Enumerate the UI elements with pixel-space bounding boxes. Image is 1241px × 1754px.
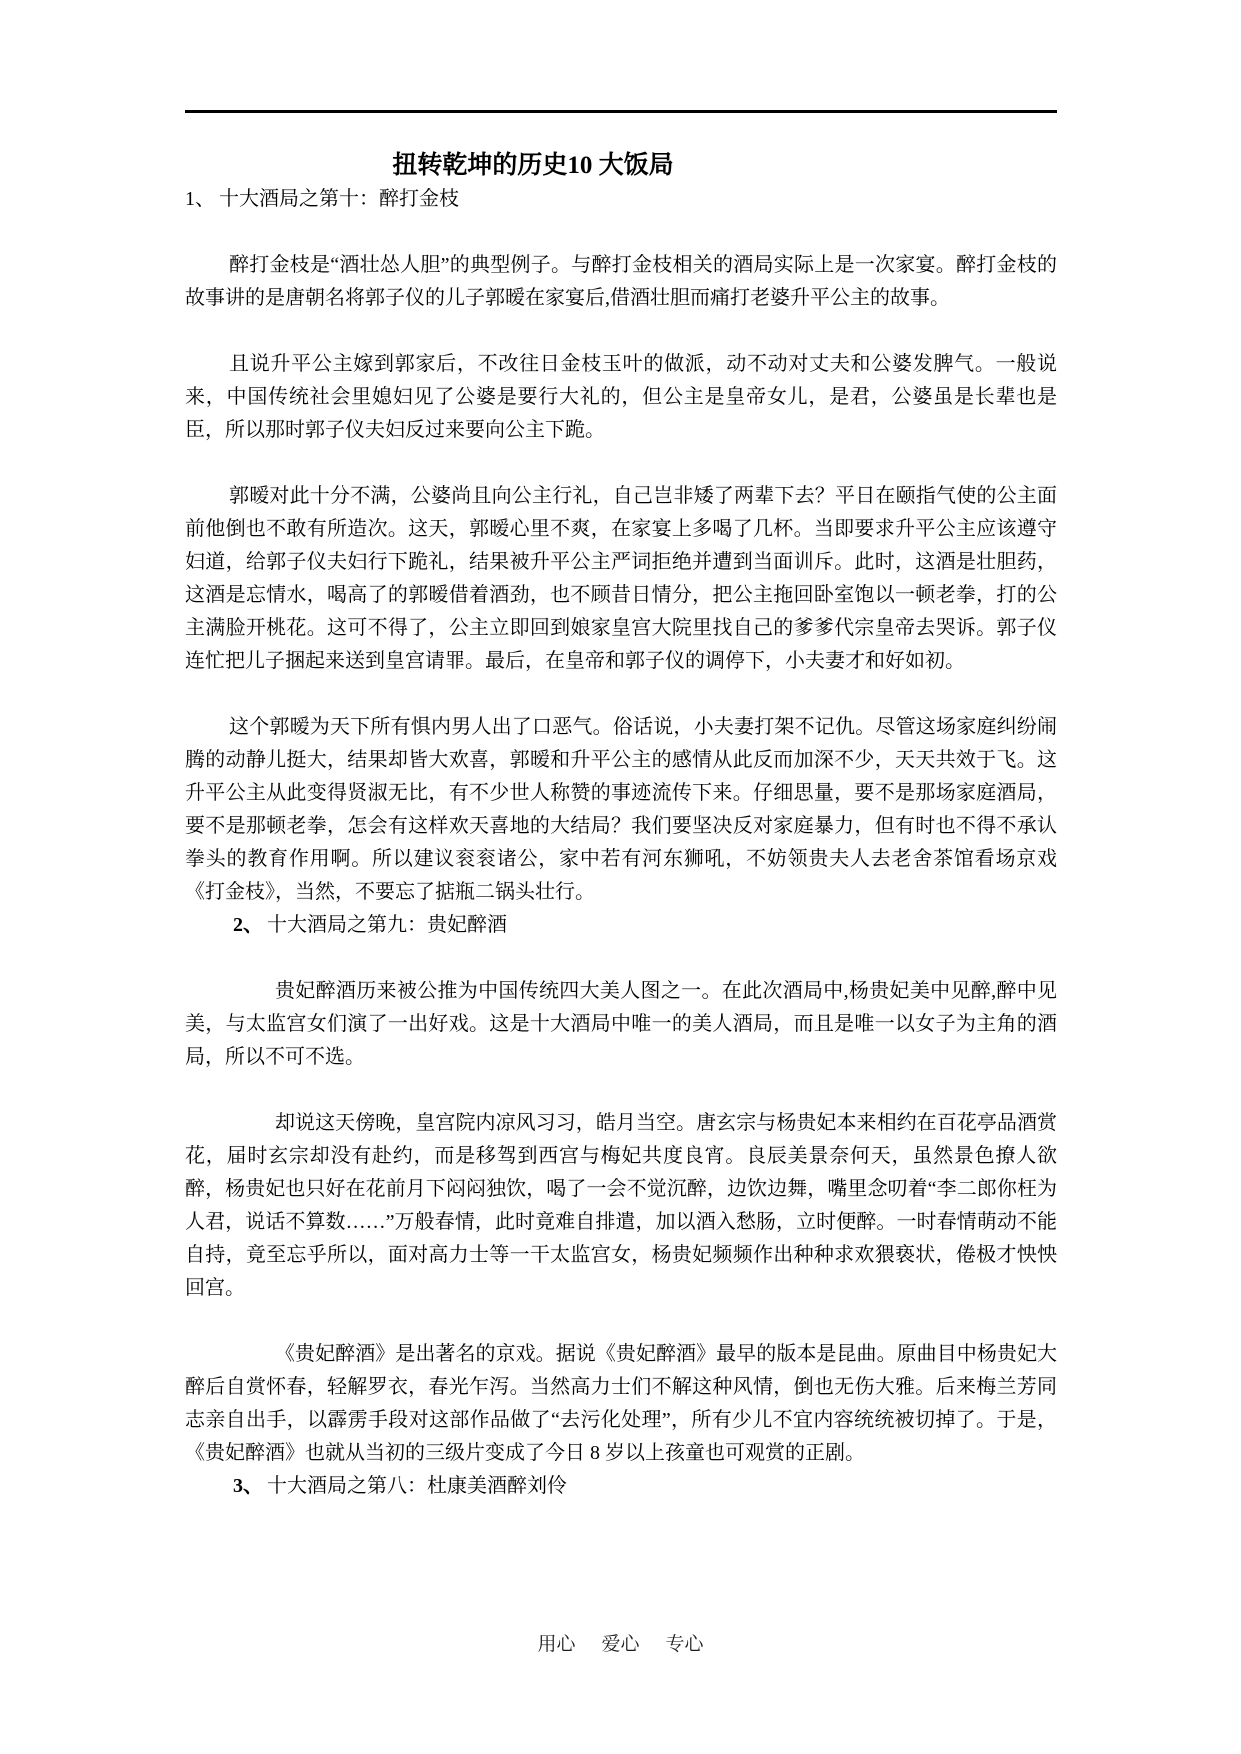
section-2-number: 2、 bbox=[233, 914, 263, 936]
section-1-heading: 1、十大酒局之第十：醉打金枝 bbox=[185, 183, 1057, 216]
footer-word: 爱心 bbox=[601, 1634, 639, 1655]
section-2-heading: 2、十大酒局之第九：贵妃醉酒 bbox=[185, 909, 1057, 942]
paragraph: 这个郭暧为天下所有惧内男人出了口恶气。俗话说，小夫妻打架不记仇。尽管这场家庭纠纷… bbox=[185, 711, 1057, 909]
header-rule bbox=[185, 110, 1057, 113]
paragraph: 醉打金枝是“酒壮怂人胆”的典型例子。与醉打金枝相关的酒局实际上是一次家宴。醉打金… bbox=[185, 249, 1057, 315]
paragraph: 且说升平公主嫁到郭家后，不改往日金枝玉叶的做派，动不动对丈夫和公婆发脾气。一般说… bbox=[185, 348, 1057, 447]
footer-word: 专心 bbox=[666, 1634, 704, 1655]
document-title: 扭转乾坤的历史10 大饭局 bbox=[185, 149, 1057, 183]
section-2-title: 十大酒局之第九：贵妃醉酒 bbox=[267, 914, 507, 936]
document-page: 扭转乾坤的历史10 大饭局 1、十大酒局之第十：醉打金枝 醉打金枝是“酒壮怂人胆… bbox=[0, 0, 1241, 1754]
section-3-title: 十大酒局之第八：杜康美酒醉刘伶 bbox=[267, 1475, 567, 1497]
section-3-heading: 3、十大酒局之第八：杜康美酒醉刘伶 bbox=[185, 1470, 1057, 1503]
section-1-number: 1、 bbox=[185, 188, 215, 210]
section-1-title: 十大酒局之第十：醉打金枝 bbox=[219, 188, 459, 210]
footer-word: 用心 bbox=[537, 1634, 575, 1655]
paragraph: 却说这天傍晚，皇宫院内凉风习习，皓月当空。唐玄宗与杨贵妃本来相约在百花亭品酒赏花… bbox=[185, 1107, 1057, 1305]
paragraph: 《贵妃醉酒》是出著名的京戏。据说《贵妃醉酒》最早的版本是昆曲。原曲目中杨贵妃大醉… bbox=[185, 1338, 1057, 1470]
section-3-number: 3、 bbox=[233, 1475, 263, 1497]
page-footer: 用心爱心专心 bbox=[0, 1629, 1241, 1656]
paragraph: 贵妃醉酒历来被公推为中国传统四大美人图之一。在此次酒局中,杨贵妃美中见醉,醉中见… bbox=[185, 975, 1057, 1074]
paragraph: 郭暧对此十分不满，公婆尚且向公主行礼，自己岂非矮了两辈下去？平日在颐指气使的公主… bbox=[185, 480, 1057, 678]
